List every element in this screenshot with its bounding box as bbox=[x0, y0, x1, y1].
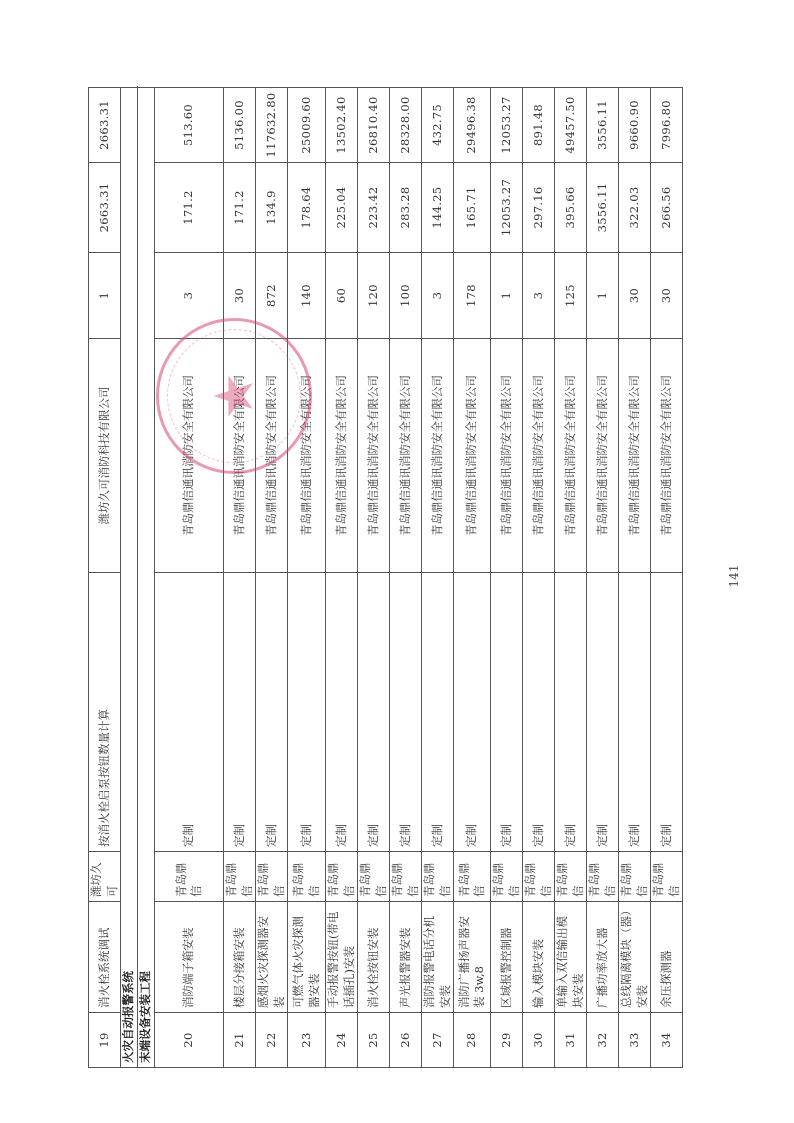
item-supplier: 青岛鼎信通讯消防安全有限公司 bbox=[619, 339, 651, 573]
item-unit-price: 144.25 bbox=[422, 163, 454, 253]
item-spec: 定制 bbox=[619, 573, 651, 852]
item-unit-price: 225.04 bbox=[326, 163, 358, 253]
table-row: 23可燃气体火灾探测器安装青岛鼎信定制青岛鼎信通讯消防安全有限公司140178.… bbox=[288, 88, 326, 1068]
item-unit-price: 395.66 bbox=[555, 163, 587, 253]
item-spec: 定制 bbox=[224, 573, 256, 852]
item-total: 28328.00 bbox=[390, 88, 422, 163]
row-number: 23 bbox=[288, 1013, 326, 1068]
item-name: 声光报警器安装 bbox=[390, 902, 422, 1013]
item-supplier: 青岛鼎信通讯消防安全有限公司 bbox=[454, 339, 491, 573]
item-qty: 100 bbox=[390, 253, 422, 339]
item-unit-price: 165.71 bbox=[454, 163, 491, 253]
item-supplier: 潍坊久可消防科技有限公司 bbox=[89, 339, 121, 573]
item-supplier: 青岛鼎信通讯消防安全有限公司 bbox=[155, 339, 224, 573]
item-spec: 定制 bbox=[390, 573, 422, 852]
item-spec: 定制 bbox=[256, 573, 288, 852]
table-row: 32广播功率放大器青岛鼎信定制青岛鼎信通讯消防安全有限公司13556.11355… bbox=[587, 88, 619, 1068]
table-row: 24手动报警按钮(带电话插孔)安装青岛鼎信定制青岛鼎信通讯消防安全有限公司602… bbox=[326, 88, 358, 1068]
item-qty: 872 bbox=[256, 253, 288, 339]
item-supplier: 青岛鼎信通讯消防安全有限公司 bbox=[224, 339, 256, 573]
item-supplier: 青岛鼎信通讯消防安全有限公司 bbox=[256, 339, 288, 573]
item-brand: 青岛鼎信 bbox=[555, 852, 587, 902]
item-brand: 青岛鼎信 bbox=[454, 852, 491, 902]
section-row: 末端设备安装工程 bbox=[138, 88, 155, 1068]
row-number: 26 bbox=[390, 1013, 422, 1068]
item-name: 消防端子箱安装 bbox=[155, 902, 224, 1013]
item-spec: 按消火栓启泵按钮数量计算 bbox=[89, 573, 121, 852]
table-row: 28消防广播扬声器安装 3w,8青岛鼎信定制青岛鼎信通讯消防安全有限公司1781… bbox=[454, 88, 491, 1068]
item-brand: 青岛鼎信 bbox=[491, 852, 523, 902]
row-number: 25 bbox=[358, 1013, 390, 1068]
item-unit-price: 322.03 bbox=[619, 163, 651, 253]
item-supplier: 青岛鼎信通讯消防安全有限公司 bbox=[587, 339, 619, 573]
item-supplier: 青岛鼎信通讯消防安全有限公司 bbox=[422, 339, 454, 573]
item-supplier: 青岛鼎信通讯消防安全有限公司 bbox=[555, 339, 587, 573]
item-name: 感烟火灾探测器安装 bbox=[256, 902, 288, 1013]
item-brand: 青岛鼎信 bbox=[256, 852, 288, 902]
item-name: 消防报警电话分机安装 bbox=[422, 902, 454, 1013]
table-row: 26声光报警器安装青岛鼎信定制青岛鼎信通讯消防安全有限公司100283.2828… bbox=[390, 88, 422, 1068]
row-number: 24 bbox=[326, 1013, 358, 1068]
row-number: 21 bbox=[224, 1013, 256, 1068]
item-name: 消防广播扬声器安装 3w,8 bbox=[454, 902, 491, 1013]
item-total: 117632.80 bbox=[256, 88, 288, 163]
item-name: 区域报警控制器 bbox=[491, 902, 523, 1013]
item-brand: 青岛鼎信 bbox=[587, 852, 619, 902]
item-unit-price: 283.28 bbox=[390, 163, 422, 253]
table-row: 29区域报警控制器青岛鼎信定制青岛鼎信通讯消防安全有限公司112053.2712… bbox=[491, 88, 523, 1068]
item-brand: 青岛鼎信 bbox=[358, 852, 390, 902]
item-unit-price: 223.42 bbox=[358, 163, 390, 253]
item-unit-price: 2663.31 bbox=[89, 163, 121, 253]
item-brand: 青岛鼎信 bbox=[619, 852, 651, 902]
item-qty: 120 bbox=[358, 253, 390, 339]
item-brand: 青岛鼎信 bbox=[523, 852, 555, 902]
item-total: 12053.27 bbox=[491, 88, 523, 163]
item-unit-price: 171.2 bbox=[224, 163, 256, 253]
item-total: 29496.38 bbox=[454, 88, 491, 163]
item-name: 楼层分接箱安装 bbox=[224, 902, 256, 1013]
item-qty: 60 bbox=[326, 253, 358, 339]
item-supplier: 青岛鼎信通讯消防安全有限公司 bbox=[651, 339, 683, 573]
item-total: 26810.40 bbox=[358, 88, 390, 163]
item-brand: 青岛鼎信 bbox=[288, 852, 326, 902]
item-qty: 140 bbox=[288, 253, 326, 339]
row-number: 33 bbox=[619, 1013, 651, 1068]
row-number: 20 bbox=[155, 1013, 224, 1068]
price-table: 19 消火栓系统调试 潍坊久可 按消火栓启泵按钮数量计算 潍坊久可消防科技有限公… bbox=[88, 87, 683, 1068]
item-spec: 定制 bbox=[491, 573, 523, 852]
item-spec: 定制 bbox=[651, 573, 683, 852]
item-supplier: 青岛鼎信通讯消防安全有限公司 bbox=[390, 339, 422, 573]
item-unit-price: 3556.11 bbox=[587, 163, 619, 253]
item-spec: 定制 bbox=[422, 573, 454, 852]
item-name: 手动报警按钮(带电话插孔)安装 bbox=[326, 902, 358, 1013]
row-number: 28 bbox=[454, 1013, 491, 1068]
table-row: 33总线隔离模块（器）安装青岛鼎信定制青岛鼎信通讯消防安全有限公司30322.0… bbox=[619, 88, 651, 1068]
item-qty: 3 bbox=[422, 253, 454, 339]
item-spec: 定制 bbox=[358, 573, 390, 852]
item-name: 可燃气体火灾探测器安装 bbox=[288, 902, 326, 1013]
table-row: 20消防端子箱安装青岛鼎信定制青岛鼎信通讯消防安全有限公司3171.2513.6… bbox=[155, 88, 224, 1068]
table-row: 30输入模块安装青岛鼎信定制青岛鼎信通讯消防安全有限公司3297.16891.4… bbox=[523, 88, 555, 1068]
item-spec: 定制 bbox=[326, 573, 358, 852]
item-unit-price: 12053.27 bbox=[491, 163, 523, 253]
price-table-landscape: 19 消火栓系统调试 潍坊久可 按消火栓启泵按钮数量计算 潍坊久可消防科技有限公… bbox=[88, 88, 591, 1068]
item-supplier: 青岛鼎信通讯消防安全有限公司 bbox=[326, 339, 358, 573]
item-supplier: 青岛鼎信通讯消防安全有限公司 bbox=[523, 339, 555, 573]
item-qty: 30 bbox=[651, 253, 683, 339]
item-spec: 定制 bbox=[587, 573, 619, 852]
item-qty: 3 bbox=[155, 253, 224, 339]
item-qty: 1 bbox=[491, 253, 523, 339]
item-brand: 青岛鼎信 bbox=[390, 852, 422, 902]
item-total: 5136.00 bbox=[224, 88, 256, 163]
item-total: 9660.90 bbox=[619, 88, 651, 163]
row-number: 27 bbox=[422, 1013, 454, 1068]
item-brand: 潍坊久可 bbox=[89, 852, 121, 902]
table-row: 21楼层分接箱安装青岛鼎信定制青岛鼎信通讯消防安全有限公司30171.25136… bbox=[224, 88, 256, 1068]
item-unit-price: 171.2 bbox=[155, 163, 224, 253]
item-brand: 青岛鼎信 bbox=[651, 852, 683, 902]
item-qty: 1 bbox=[587, 253, 619, 339]
table-row: 27消防报警电话分机安装青岛鼎信定制青岛鼎信通讯消防安全有限公司3144.254… bbox=[422, 88, 454, 1068]
row-number: 30 bbox=[523, 1013, 555, 1068]
section-row: 火灾自动报警系统 bbox=[121, 88, 138, 1068]
item-name: 余压探测器 bbox=[651, 902, 683, 1013]
row-number: 32 bbox=[587, 1013, 619, 1068]
item-spec: 定制 bbox=[523, 573, 555, 852]
item-total: 3556.11 bbox=[587, 88, 619, 163]
item-total: 25009.60 bbox=[288, 88, 326, 163]
item-qty: 30 bbox=[224, 253, 256, 339]
table-row: 25消火栓按钮安装青岛鼎信定制青岛鼎信通讯消防安全有限公司120223.4226… bbox=[358, 88, 390, 1068]
item-name: 消火栓按钮安装 bbox=[358, 902, 390, 1013]
rotated-table-frame: 19 消火栓系统调试 潍坊久可 按消火栓启泵按钮数量计算 潍坊久可消防科技有限公… bbox=[88, 88, 591, 1068]
table-row: 22感烟火灾探测器安装青岛鼎信定制青岛鼎信通讯消防安全有限公司872134.91… bbox=[256, 88, 288, 1068]
item-total: 13502.40 bbox=[326, 88, 358, 163]
item-brand: 青岛鼎信 bbox=[422, 852, 454, 902]
row-number: 34 bbox=[651, 1013, 683, 1068]
item-qty: 30 bbox=[619, 253, 651, 339]
item-unit-price: 178.64 bbox=[288, 163, 326, 253]
item-unit-price: 297.16 bbox=[523, 163, 555, 253]
item-unit-price: 266.56 bbox=[651, 163, 683, 253]
item-spec: 定制 bbox=[155, 573, 224, 852]
item-spec: 定制 bbox=[454, 573, 491, 852]
row-number: 31 bbox=[555, 1013, 587, 1068]
item-total: 49457.50 bbox=[555, 88, 587, 163]
item-total: 432.75 bbox=[422, 88, 454, 163]
table-row: 19 消火栓系统调试 潍坊久可 按消火栓启泵按钮数量计算 潍坊久可消防科技有限公… bbox=[89, 88, 121, 1068]
item-total: 2663.31 bbox=[89, 88, 121, 163]
item-supplier: 青岛鼎信通讯消防安全有限公司 bbox=[358, 339, 390, 573]
item-name: 总线隔离模块（器）安装 bbox=[619, 902, 651, 1013]
item-total: 513.60 bbox=[155, 88, 224, 163]
page-number: 141 bbox=[724, 556, 744, 596]
item-name: 输入模块安装 bbox=[523, 902, 555, 1013]
item-spec: 定制 bbox=[555, 573, 587, 852]
item-brand: 青岛鼎信 bbox=[326, 852, 358, 902]
item-supplier: 青岛鼎信通讯消防安全有限公司 bbox=[288, 339, 326, 573]
section-title-subsystem: 末端设备安装工程 bbox=[138, 88, 155, 1068]
item-brand: 青岛鼎信 bbox=[224, 852, 256, 902]
table-row: 34余压探测器青岛鼎信定制青岛鼎信通讯消防安全有限公司30266.567996.… bbox=[651, 88, 683, 1068]
row-number: 29 bbox=[491, 1013, 523, 1068]
row-number: 19 bbox=[89, 1013, 121, 1068]
item-name: 广播功率放大器 bbox=[587, 902, 619, 1013]
item-total: 7996.80 bbox=[651, 88, 683, 163]
table-row: 31单输入双信输出模块安装青岛鼎信定制青岛鼎信通讯消防安全有限公司125395.… bbox=[555, 88, 587, 1068]
item-total: 891.48 bbox=[523, 88, 555, 163]
row-number: 22 bbox=[256, 1013, 288, 1068]
item-qty: 1 bbox=[89, 253, 121, 339]
section-title-system: 火灾自动报警系统 bbox=[121, 88, 138, 1068]
item-spec: 定制 bbox=[288, 573, 326, 852]
item-qty: 178 bbox=[454, 253, 491, 339]
item-name: 单输入双信输出模块安装 bbox=[555, 902, 587, 1013]
item-name: 消火栓系统调试 bbox=[89, 902, 121, 1013]
item-unit-price: 134.9 bbox=[256, 163, 288, 253]
item-qty: 125 bbox=[555, 253, 587, 339]
item-brand: 青岛鼎信 bbox=[155, 852, 224, 902]
item-qty: 3 bbox=[523, 253, 555, 339]
page-number-text: 141 bbox=[727, 565, 741, 588]
item-supplier: 青岛鼎信通讯消防安全有限公司 bbox=[491, 339, 523, 573]
